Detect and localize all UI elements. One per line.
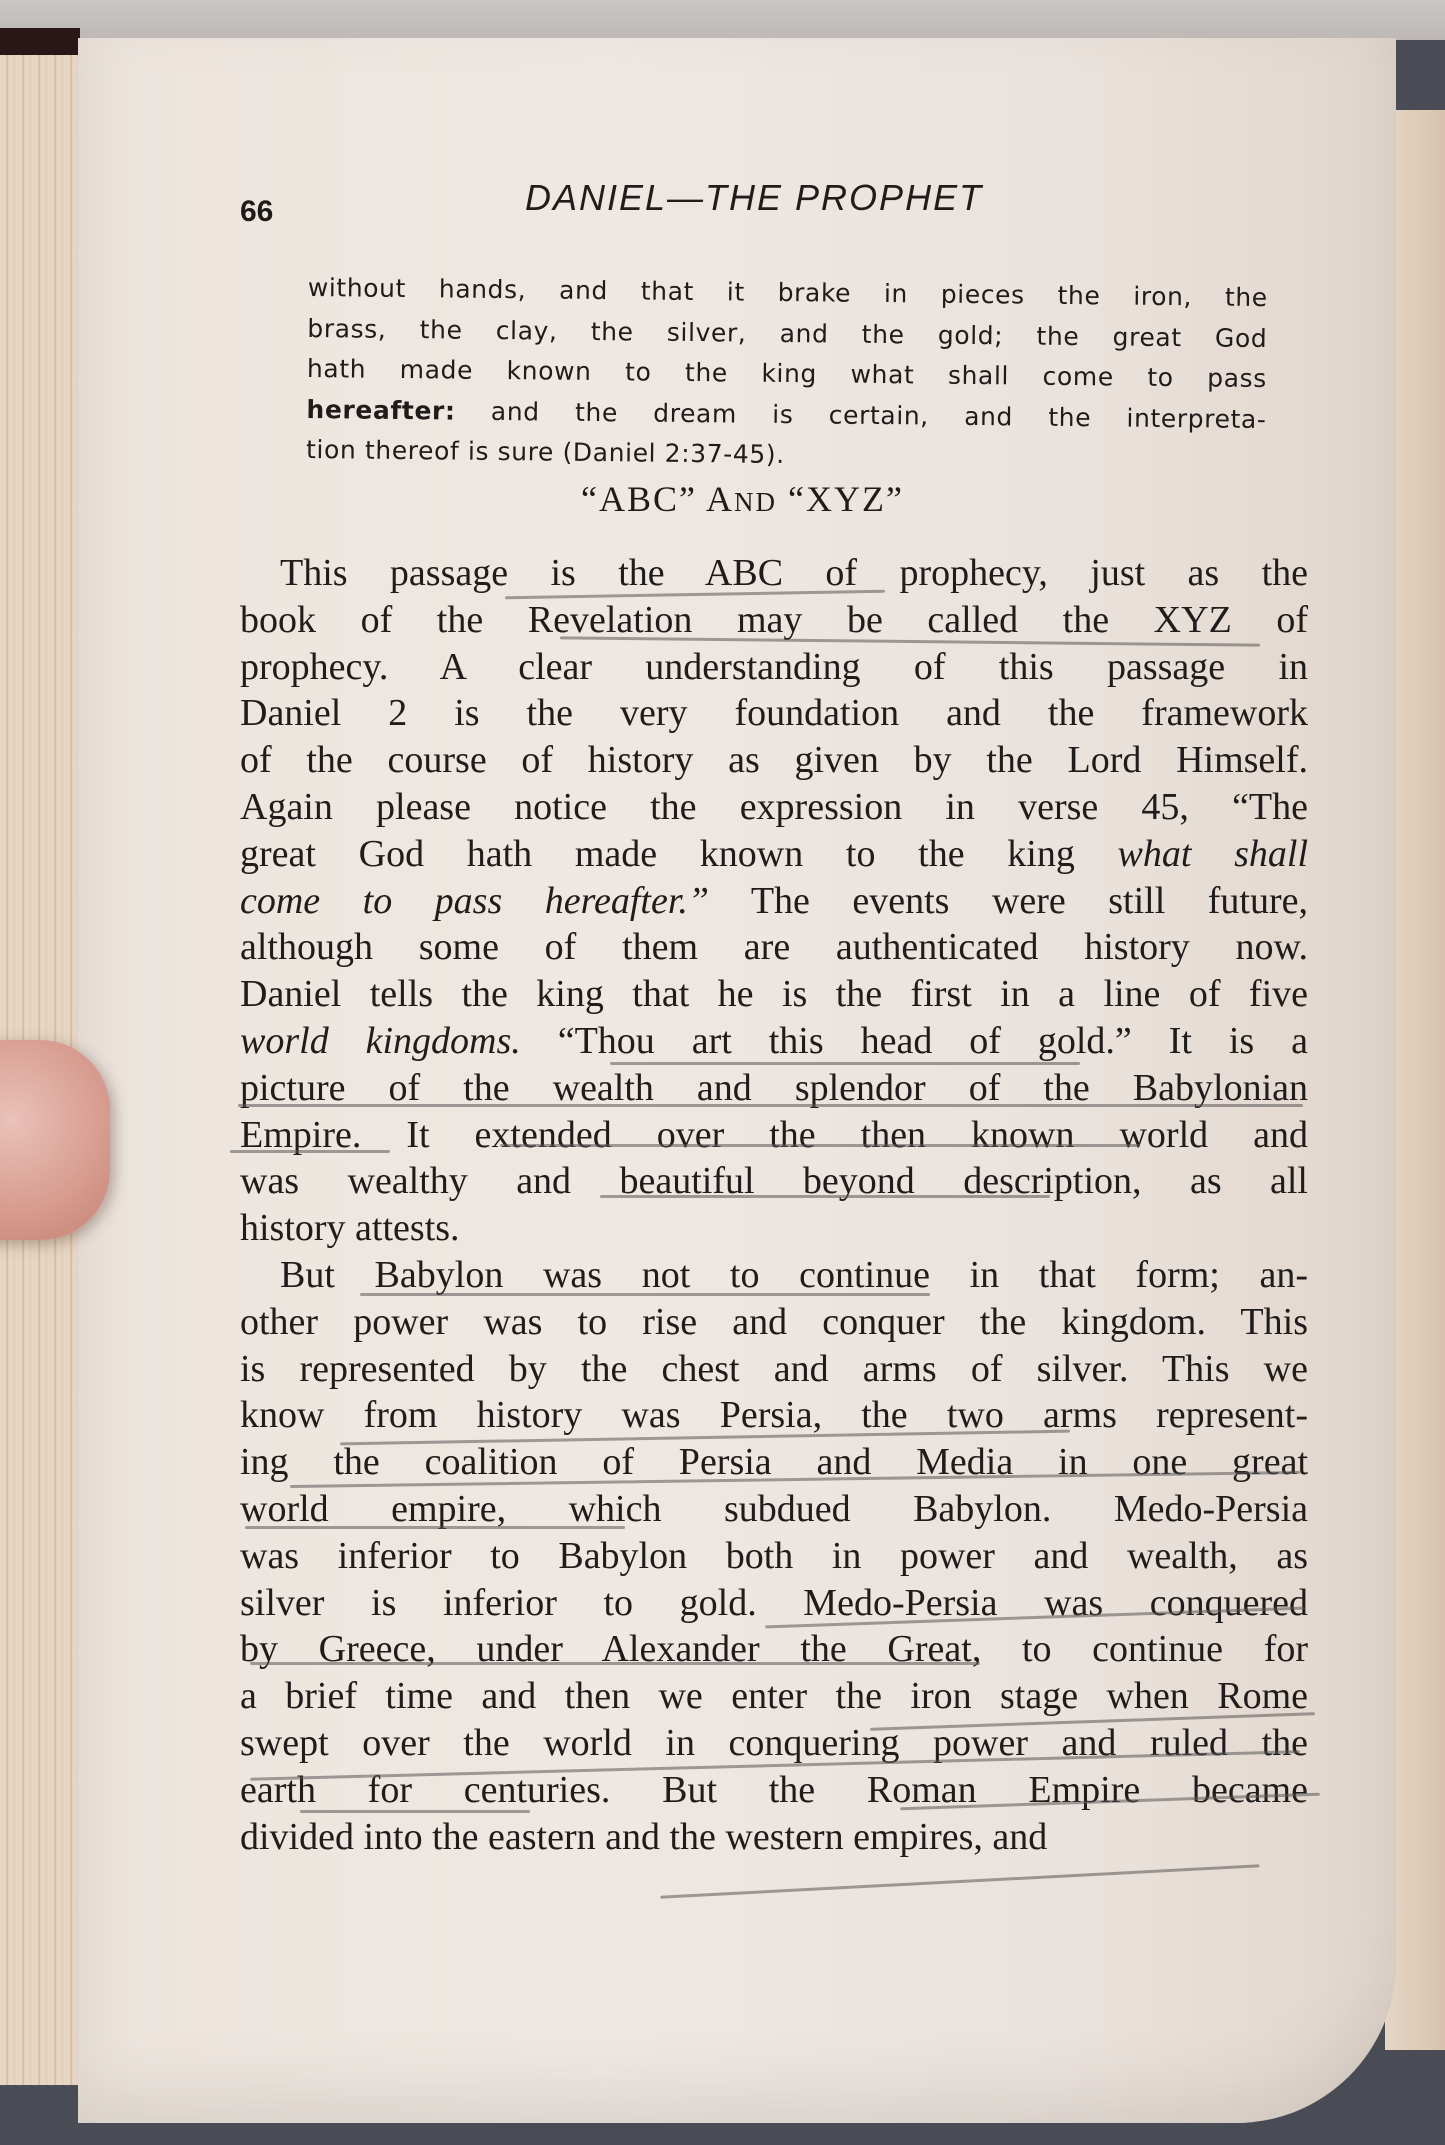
thumb xyxy=(0,1040,110,1240)
quote-line-rest: and the dream is certain, and the interp… xyxy=(491,396,1267,433)
body-line: book of the Revelation may be called the… xyxy=(240,597,1308,644)
quote-bold-word: hereafter: xyxy=(306,394,455,425)
heading-xyz: “XYZ” xyxy=(788,479,904,519)
body-line: Daniel tells the king that he is the fir… xyxy=(240,971,1308,1018)
body-line: prophecy. A clear understanding of this … xyxy=(240,644,1308,691)
body-line: by Greece, under Alexander the Great, to… xyxy=(240,1626,1308,1673)
body-line: silver is inferior to gold. Medo-Persia … xyxy=(240,1580,1308,1627)
italic-text: world kingdoms. xyxy=(240,1020,521,1062)
body-line: Again please notice the expression in ve… xyxy=(240,784,1308,831)
heading-abc: “ABC” xyxy=(581,479,697,519)
body-line: a brief time and then we enter the iron … xyxy=(240,1673,1308,1720)
body-line: picture of the wealth and splendor of th… xyxy=(240,1065,1308,1112)
body-line: is represented by the chest and arms of … xyxy=(240,1346,1308,1393)
italic-text: what shall xyxy=(1118,833,1308,875)
body-line: swept over the world in conquering power… xyxy=(240,1720,1308,1767)
body-line: although some of them are authenticated … xyxy=(240,924,1308,971)
heading-and: AND xyxy=(706,479,777,519)
body-line: divided into the eastern and the western… xyxy=(240,1814,1308,1861)
scripture-quote: without hands, and that it brake in piec… xyxy=(306,268,1268,481)
page-number: 66 xyxy=(240,195,273,229)
body-line: other power was to rise and conquer the … xyxy=(240,1299,1308,1346)
body-line: history attests. xyxy=(240,1205,1308,1252)
body-line: ing the coalition of Persia and Media in… xyxy=(240,1439,1308,1486)
body-line: was wealthy and beautiful beyond descrip… xyxy=(240,1158,1308,1205)
background-surface xyxy=(0,0,1445,40)
body-line: great God hath made known to the king wh… xyxy=(240,831,1308,878)
running-head: 66 DANIEL—THE PROPHET xyxy=(240,175,1280,235)
running-head-title: DANIEL—THE PROPHET xyxy=(525,177,983,219)
book-cover-edge xyxy=(0,28,80,58)
body-line: know from history was Persia, the two ar… xyxy=(240,1392,1308,1439)
body-line: world empire, which subdued Babylon. Med… xyxy=(240,1486,1308,1533)
body-line: of the course of history as given by the… xyxy=(240,737,1308,784)
body-line: This passage is the ABC of prophecy, jus… xyxy=(240,550,1308,597)
italic-text: come to pass hereafter.” xyxy=(240,880,709,922)
body-line: world kingdoms. “Thou art this head of g… xyxy=(240,1018,1308,1065)
body-line: Empire. It extended over the then known … xyxy=(240,1112,1308,1159)
section-heading: “ABC” AND “XYZ” xyxy=(0,478,1445,520)
body-line: was inferior to Babylon both in power an… xyxy=(240,1533,1308,1580)
body-line: But Babylon was not to continue in that … xyxy=(240,1252,1308,1299)
body-line: earth for centuries. But the Roman Empir… xyxy=(240,1767,1308,1814)
body-line: Daniel 2 is the very foundation and the … xyxy=(240,690,1308,737)
body-text: This passage is the ABC of prophecy, jus… xyxy=(240,550,1308,1860)
body-line: come to pass hereafter.” The events were… xyxy=(240,878,1308,925)
